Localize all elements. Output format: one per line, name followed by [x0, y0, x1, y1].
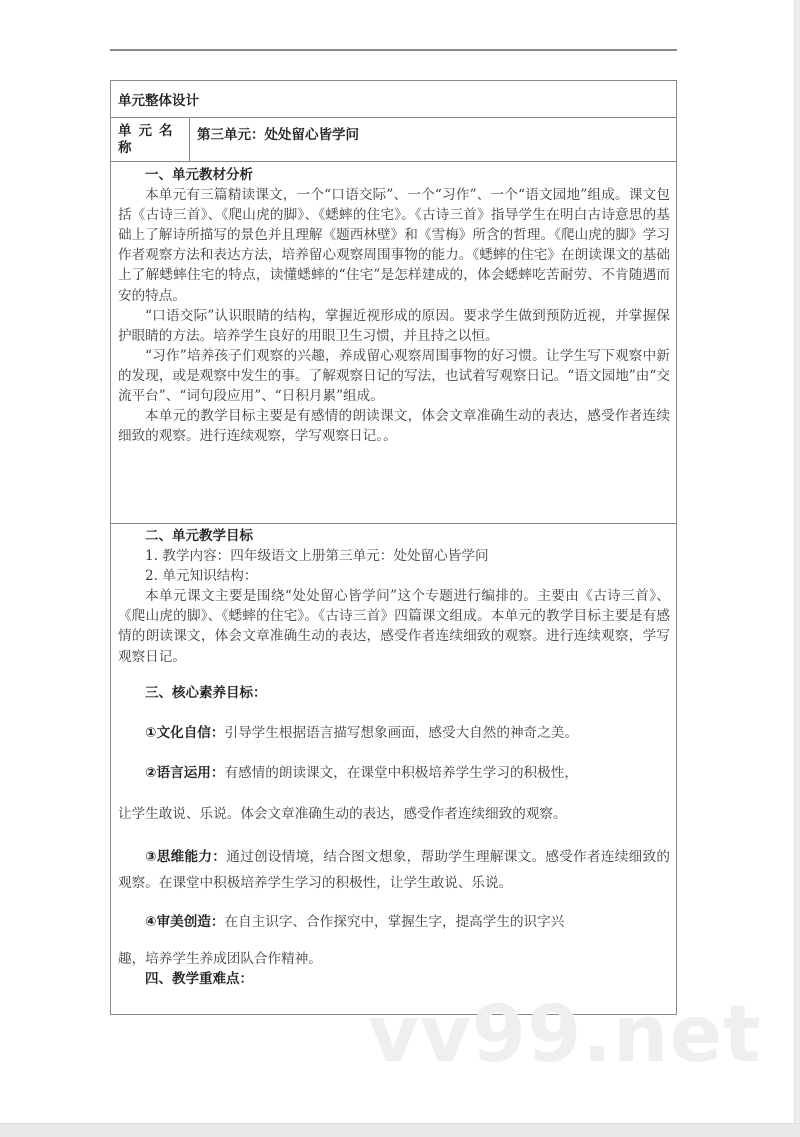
goal-continuation: 趣，培养学生养成团队合作精神。	[118, 949, 670, 970]
section-heading: 三、核心素养目标：	[118, 683, 670, 703]
page-bottom-band	[0, 1123, 800, 1137]
goal-lead: ④审美创造：	[145, 914, 224, 930]
section-material-analysis: 一、单元教材分析 本单元有三篇精读课文，一个“口语交际”、一个“习作”、一个“语…	[111, 162, 676, 524]
list-item: 1. 教学内容：四年级语文上册第三单元：处处留心皆学问	[118, 546, 670, 566]
unit-name-row: 单元名称 第三单元：处处留心皆学问	[111, 118, 676, 162]
core-goal: ④审美创造：在自主识字、合作探究中，掌握生字，提高学生的识字兴	[118, 912, 670, 933]
label-char: 元	[139, 123, 160, 139]
page-edge	[794, 0, 800, 1137]
goal-lead: ①文化自信：	[145, 725, 224, 741]
unit-design-table: 单元整体设计 单元名称 第三单元：处处留心皆学问 一、单元教材分析 本单元有三篇…	[110, 80, 677, 1015]
label-char: 单	[118, 123, 139, 139]
goal-text: 引导学生根据语言描写想象画面，感受大自然的神奇之美。	[224, 725, 577, 741]
section-heading: 一、单元教材分析	[118, 165, 670, 185]
goal-text: 在自主识字、合作探究中，掌握生字，提高学生的识字兴	[224, 914, 564, 930]
core-goal: ②语言运用：有感情的朗读课文，在课堂中积极培养学生学习的积极性，	[118, 763, 670, 784]
goal-lead: ③思维能力：	[145, 849, 226, 865]
paragraph: “习作”培养孩子们观察的兴趣，养成留心观察周围事物的好习惯。让学生写下观察中新的…	[118, 346, 670, 406]
goal-lead: ②语言运用：	[145, 765, 224, 781]
list-item: 2. 单元知识结构：	[118, 566, 670, 586]
table-title: 单元整体设计	[111, 81, 676, 118]
core-goal: ①文化自信：引导学生根据语言描写想象画面，感受大自然的神奇之美。	[118, 723, 670, 744]
goal-continuation: 让学生敢说、乐说。体会文章准确生动的表达，感受作者连续细致的观察。	[118, 804, 670, 825]
section-teaching-goals: 二、单元教学目标 1. 教学内容：四年级语文上册第三单元：处处留心皆学问 2. …	[111, 524, 676, 1014]
paragraph: 本单元有三篇精读课文，一个“口语交际”、一个“习作”、一个“语文园地”组成。课文…	[118, 185, 670, 306]
section-heading: 四、教学重难点：	[118, 969, 670, 989]
paragraph: 本单元的教学目标主要是有感情的朗读课文，体会文章准确生动的表达，感受作者连续细致…	[118, 406, 670, 446]
goal-text: 有感情的朗读课文，在课堂中积极培养学生学习的积极性，	[224, 765, 577, 781]
header-rule	[110, 49, 677, 51]
label-char: 称	[118, 140, 132, 156]
paragraph: 本单元课文主要是围绕“处处留心皆学问”这个专题进行编排的。主要由《古诗三首》、《…	[118, 586, 670, 666]
core-goals: ①文化自信：引导学生根据语言描写想象画面，感受大自然的神奇之美。 ②语言运用：有…	[118, 703, 670, 970]
core-goal: ③思维能力：通过创设情境，结合图文想象，帮助学生理解课文。感受作者连续细致的观察…	[118, 844, 670, 896]
unit-name-label: 单元名称	[111, 118, 190, 161]
label-char: 名	[159, 123, 180, 139]
unit-name-value: 第三单元：处处留心皆学问	[190, 118, 359, 161]
section-heading: 二、单元教学目标	[118, 526, 670, 546]
paragraph: “口语交际”认识眼睛的结构，掌握近视形成的原因。要求学生做到预防近视，并掌握保护…	[118, 306, 670, 346]
